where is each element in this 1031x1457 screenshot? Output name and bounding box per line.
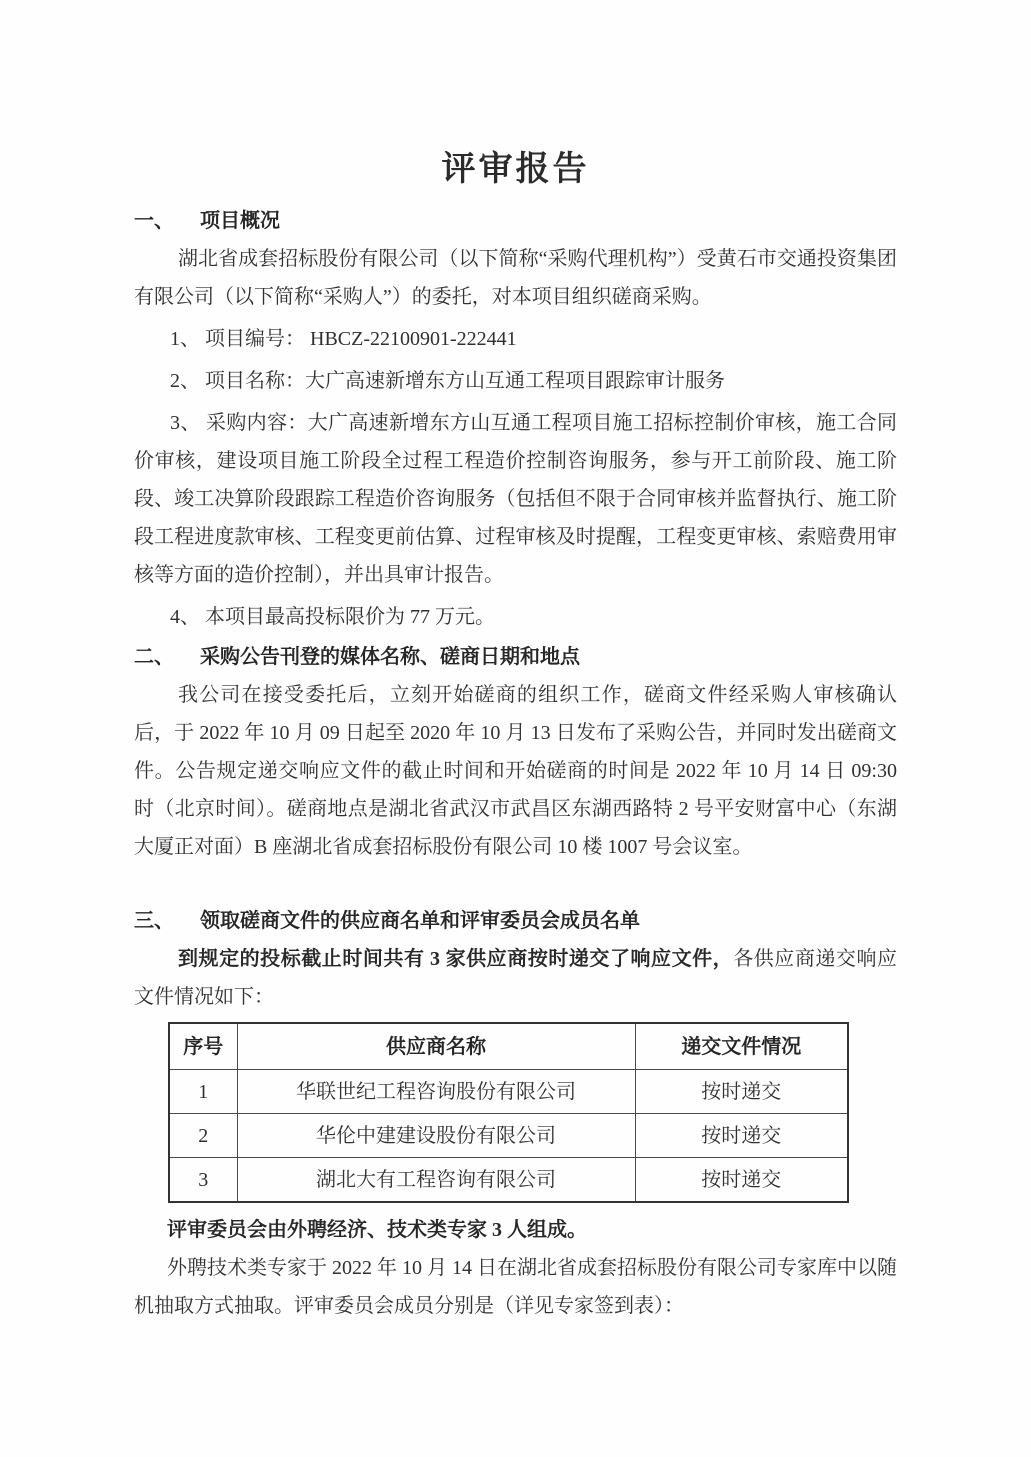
committee-composition-note: 评审委员会由外聘经济、技术类专家 3 人组成。 [134, 1211, 897, 1249]
section-3-number: 三、 [134, 902, 200, 940]
section-3-heading: 三、领取磋商文件的供应商名单和评审委员会成员名单 [134, 902, 897, 940]
row-3-supplier-name: 湖北大有工程咨询有限公司 [237, 1158, 635, 1203]
table-row: 3 湖北大有工程咨询有限公司 按时递交 [169, 1158, 848, 1203]
suppliers-table: 序号 供应商名称 递交文件情况 1 华联世纪工程咨询股份有限公司 按时递交 2 … [168, 1022, 849, 1203]
row-1-submission-status: 按时递交 [635, 1070, 848, 1114]
row-2-seq: 2 [169, 1114, 237, 1158]
section-1-heading: 一、项目概况 [134, 202, 897, 240]
project-number-item: 1、 项目编号： HBCZ-22100901-222441 [134, 320, 897, 358]
column-header-submission-status: 递交文件情况 [635, 1023, 848, 1070]
table-row: 1 华联世纪工程咨询股份有限公司 按时递交 [169, 1070, 848, 1114]
section-2-body-paragraph: 我公司在接受委托后，立刻开始磋商的组织工作，磋商文件经采购人审核确认后，于 20… [134, 676, 897, 866]
section-3-intro-paragraph: 到规定的投标截止时间共有 3 家供应商按时递交了响应文件，各供应商递交响应文件情… [134, 940, 897, 1016]
table-header-row: 序号 供应商名称 递交文件情况 [169, 1023, 848, 1070]
row-2-supplier-name: 华伦中建建设股份有限公司 [237, 1114, 635, 1158]
row-1-seq: 1 [169, 1070, 237, 1114]
price-limit-item: 4、 本项目最高投标限价为 77 万元。 [134, 598, 897, 636]
document-title: 评审报告 [134, 148, 897, 192]
document-content: 评审报告 一、项目概况 湖北省成套招标股份有限公司（以下简称“采购代理机构”）受… [134, 148, 897, 1325]
row-2-submission-status: 按时递交 [635, 1114, 848, 1158]
section-3-heading-text: 领取磋商文件的供应商名单和评审委员会成员名单 [200, 910, 640, 932]
table-row: 2 华伦中建建设股份有限公司 按时递交 [169, 1114, 848, 1158]
section-1-number: 一、 [134, 202, 200, 240]
section-3-intro-bold: 到规定的投标截止时间共有 3 家供应商按时递交了响应文件， [178, 948, 733, 970]
expert-selection-paragraph: 外聘技术类专家于 2022 年 10 月 14 日在湖北省成套招标股份有限公司专… [134, 1249, 897, 1325]
section-1-intro-paragraph: 湖北省成套招标股份有限公司（以下简称“采购代理机构”）受黄石市交通投资集团有限公… [134, 240, 897, 316]
row-3-seq: 3 [169, 1158, 237, 1203]
document-page: 评审报告 一、项目概况 湖北省成套招标股份有限公司（以下简称“采购代理机构”）受… [0, 0, 1031, 1457]
project-name-item: 2、 项目名称：大广高速新增东方山互通工程项目跟踪审计服务 [134, 362, 897, 400]
column-header-seq: 序号 [169, 1023, 237, 1070]
column-header-supplier-name: 供应商名称 [237, 1023, 635, 1070]
section-2-number: 二、 [134, 638, 200, 676]
section-2-heading: 二、采购公告刊登的媒体名称、磋商日期和地点 [134, 638, 897, 676]
section-1-heading-text: 项目概况 [200, 210, 280, 232]
row-1-supplier-name: 华联世纪工程咨询股份有限公司 [237, 1070, 635, 1114]
row-3-submission-status: 按时递交 [635, 1158, 848, 1203]
procurement-content-item: 3、 采购内容：大广高速新增东方山互通工程项目施工招标控制价审核，施工合同价审核… [134, 404, 897, 594]
section-2-heading-text: 采购公告刊登的媒体名称、磋商日期和地点 [200, 646, 580, 668]
